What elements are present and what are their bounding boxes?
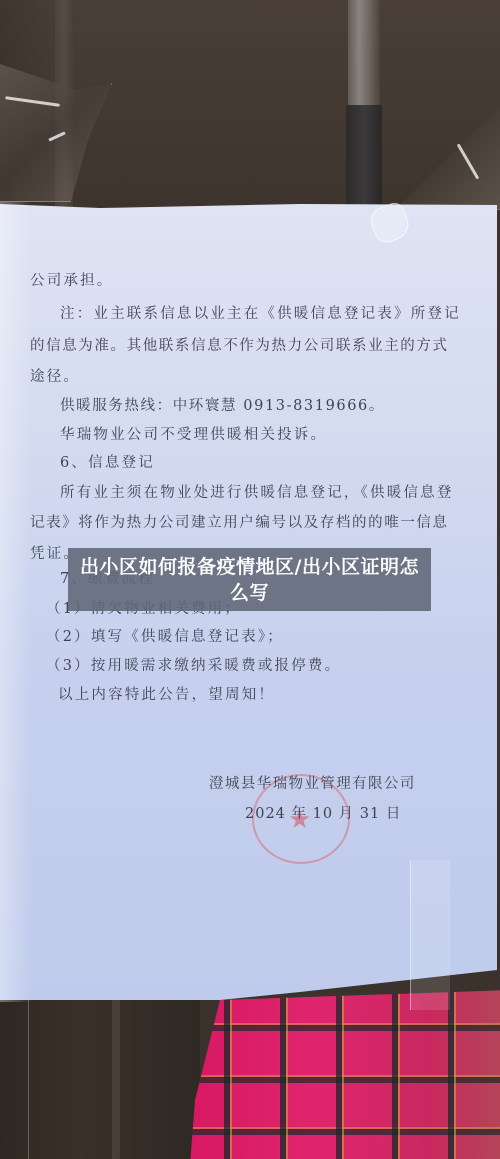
closing-line: 以上内容特此公告，望周知！ <box>58 683 275 704</box>
notice-line: 公司承担。 <box>30 269 114 290</box>
article-title[interactable]: 出小区如何报备疫情地区/出小区证明怎么写 <box>76 554 423 606</box>
notice-line: 所有业主须在物业处进行供暖信息登记，《供暖信息登 <box>60 481 454 502</box>
list-item: （3）按用暖需求缴纳采暖费或报停费。 <box>46 654 341 675</box>
notice-line: 注：业主联系信息以业主在《供暖信息登记表》所登记 <box>60 302 461 323</box>
list-item: （2）填写《供暖信息登记表》； <box>46 625 284 646</box>
hotline-line: 供暖服务热线：中环寰慧 0913-8319666。 <box>60 394 385 415</box>
signature-date: 2024 年 10 月 31 日 <box>245 802 401 823</box>
notice-line: 的信息为准。其他联系信息不作为热力公司联系业主的方式 <box>30 334 449 355</box>
signature-company: 澄城县华瑞物业管理有限公司 <box>209 772 416 793</box>
section-heading: 6、信息登记 <box>60 451 155 472</box>
title-banner: 出小区如何报备疫情地区/出小区证明怎么写 <box>68 548 431 611</box>
notice-line: 华瑞物业公司不受理供暖相关投诉。 <box>60 423 327 444</box>
notice-line: 记表》将作为热力公司建立用户编号以及存档的的唯一信息 <box>30 511 449 532</box>
notice-line: 途径。 <box>30 365 80 386</box>
